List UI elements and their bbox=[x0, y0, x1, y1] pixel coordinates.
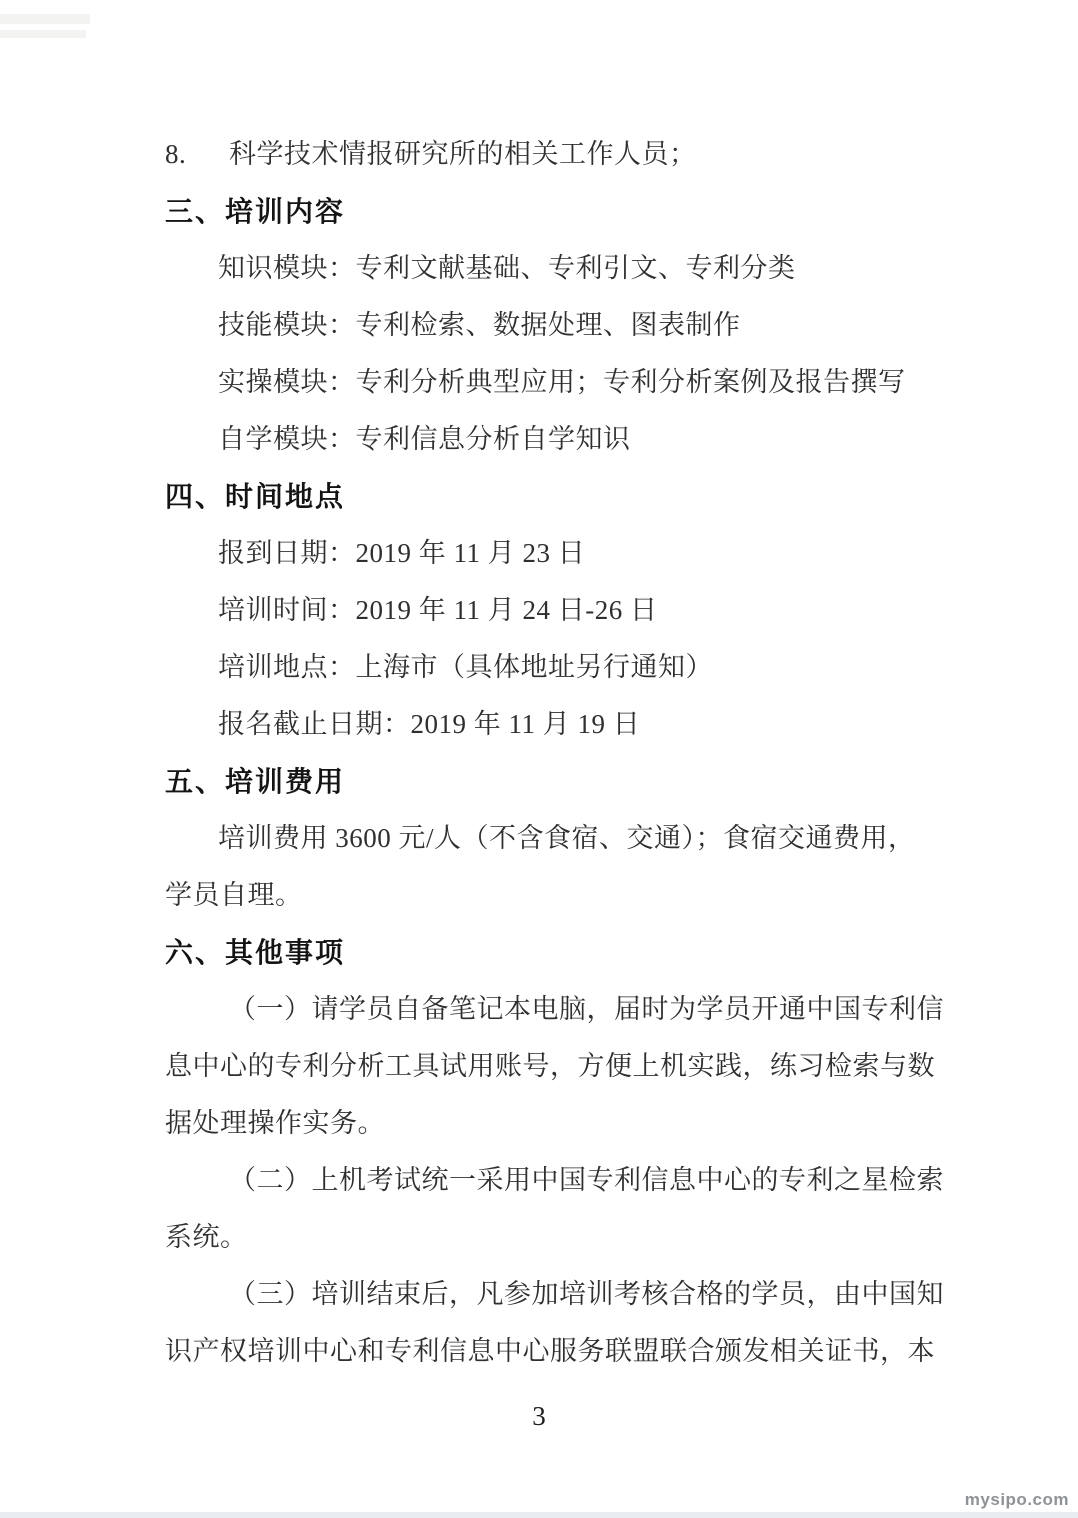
text-line: （一）请学员自备笔记本电脑，届时为学员开通中国专利信 bbox=[165, 981, 925, 1038]
list-item-text: 科学技术情报研究所的相关工作人员； bbox=[229, 139, 697, 169]
section-heading-time-place: 四、时间地点 bbox=[165, 468, 925, 525]
section-heading-training-fee: 五、培训费用 bbox=[165, 753, 925, 810]
text-line: 实操模块：专利分析典型应用；专利分析案例及报告撰写 bbox=[165, 354, 925, 411]
watermark: mysipo.com bbox=[965, 1490, 1069, 1510]
list-item-number: 8. bbox=[165, 126, 229, 183]
text-line: 培训费用 3600 元/人（不含食宿、交通）；食宿交通费用， bbox=[165, 810, 925, 867]
text-line: 培训地点：上海市（具体地址另行通知） bbox=[165, 639, 925, 696]
text-line: 技能模块：专利检索、数据处理、图表制作 bbox=[165, 297, 925, 354]
document-body: 8.科学技术情报研究所的相关工作人员； 三、培训内容 知识模块：专利文献基础、专… bbox=[165, 126, 925, 1380]
section-heading-training-content: 三、培训内容 bbox=[165, 183, 925, 240]
text-line: 报名截止日期：2019 年 11 月 19 日 bbox=[165, 696, 925, 753]
text-line: 识产权培训中心和专利信息中心服务联盟联合颁发相关证书，本 bbox=[165, 1323, 925, 1380]
page-number: 3 bbox=[0, 1388, 1078, 1445]
text-line: 息中心的专利分析工具试用账号，方便上机实践，练习检索与数 bbox=[165, 1038, 925, 1095]
text-line: 知识模块：专利文献基础、专利引文、专利分类 bbox=[165, 240, 925, 297]
text-line: 据处理操作实务。 bbox=[165, 1095, 925, 1152]
text-line: 报到日期：2019 年 11 月 23 日 bbox=[165, 525, 925, 582]
text-line: 系统。 bbox=[165, 1209, 925, 1266]
text-line: （二）上机考试统一采用中国专利信息中心的专利之星检索 bbox=[165, 1152, 925, 1209]
text-line: 自学模块：专利信息分析自学知识 bbox=[165, 411, 925, 468]
text-line: 培训时间：2019 年 11 月 24 日-26 日 bbox=[165, 582, 925, 639]
text-line: 学员自理。 bbox=[165, 867, 925, 924]
numbered-list-item: 8.科学技术情报研究所的相关工作人员； bbox=[165, 126, 925, 183]
scan-bottom-edge bbox=[0, 1512, 1078, 1518]
scan-artifact bbox=[0, 14, 90, 24]
section-heading-other-matters: 六、其他事项 bbox=[165, 924, 925, 981]
document-page: 8.科学技术情报研究所的相关工作人员； 三、培训内容 知识模块：专利文献基础、专… bbox=[0, 0, 1078, 1518]
text-line: （三）培训结束后，凡参加培训考核合格的学员，由中国知 bbox=[165, 1266, 925, 1323]
scan-artifact bbox=[0, 30, 86, 38]
